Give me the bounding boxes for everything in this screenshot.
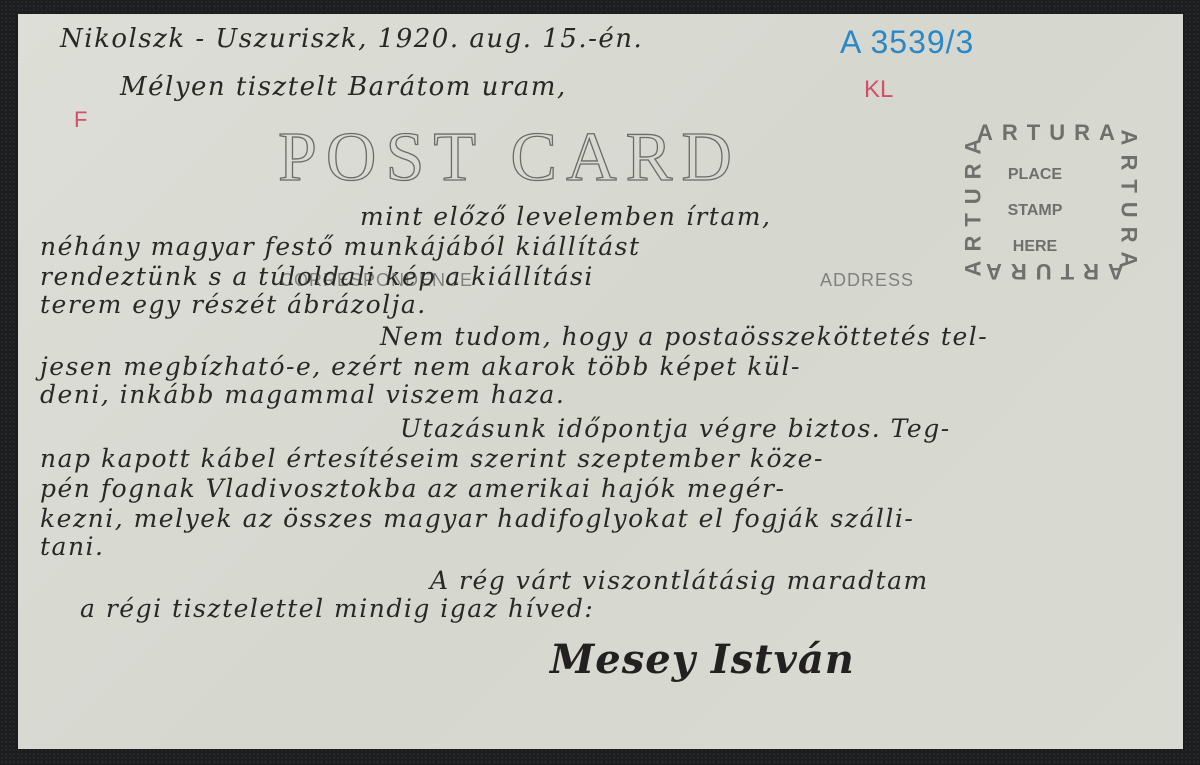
stamp-border-left: ARTURA	[960, 130, 986, 277]
archival-catalog-number: A 3539/3	[840, 24, 974, 61]
archival-mark-kl: KL	[864, 76, 893, 104]
stamp-box: ARTURA ARTURA ARTURA ARTURA PLACE STAMP …	[955, 120, 1115, 286]
handwritten-line: Utazásunk időpontja végre biztos. Teg-	[400, 414, 951, 443]
stamp-border-bottom: ARTURA	[977, 258, 1124, 284]
handwritten-closing: A rég várt viszontlátásig maradtam	[430, 566, 929, 595]
handwritten-line: Nem tudom, hogy a postaösszeköttetés tel…	[380, 322, 988, 351]
stamp-border-right: ARTURA	[1115, 130, 1141, 277]
postcard: F A 3539/3 KL POST CARD CORRESPONDENCE A…	[18, 14, 1183, 749]
handwritten-line: terem egy részét ábrázolja.	[40, 290, 427, 319]
stamp-text-here: HERE	[985, 238, 1085, 256]
handwritten-line: néhány magyar festő munkájából kiállítás…	[40, 232, 641, 261]
handwritten-line: rendeztünk s a túloldali kép a kiállítás…	[40, 262, 594, 291]
handwritten-line: nap kapott kábel értesítéseim szerint sz…	[40, 444, 824, 473]
handwritten-line: mint előző levelemben írtam,	[360, 202, 771, 231]
handwritten-salutation: Mélyen tisztelt Barátom uram,	[120, 72, 567, 102]
stamp-border-top: ARTURA	[977, 120, 1124, 146]
archival-mark-f: F	[74, 107, 87, 133]
stamp-text-stamp: STAMP	[985, 202, 1085, 220]
handwritten-line: kezni, melyek az összes magyar hadifogly…	[40, 504, 914, 533]
address-label: ADDRESS	[820, 270, 914, 291]
postcard-title: POST CARD	[278, 118, 741, 198]
handwritten-line: tani.	[40, 532, 105, 561]
handwritten-place-date: Nikolszk - Uszuriszk, 1920. aug. 15.-én.	[60, 24, 643, 54]
handwritten-line: deni, inkább magammal viszem haza.	[40, 380, 565, 409]
signature: Mesey István	[550, 636, 855, 683]
stamp-text-place: PLACE	[985, 166, 1085, 184]
handwritten-line: pén fognak Vladivosztokba az amerikai ha…	[40, 474, 785, 503]
handwritten-line: jesen megbízható-e, ezért nem akarok töb…	[40, 352, 801, 381]
handwritten-closing: a régi tisztelettel mindig igaz híved:	[80, 594, 594, 623]
